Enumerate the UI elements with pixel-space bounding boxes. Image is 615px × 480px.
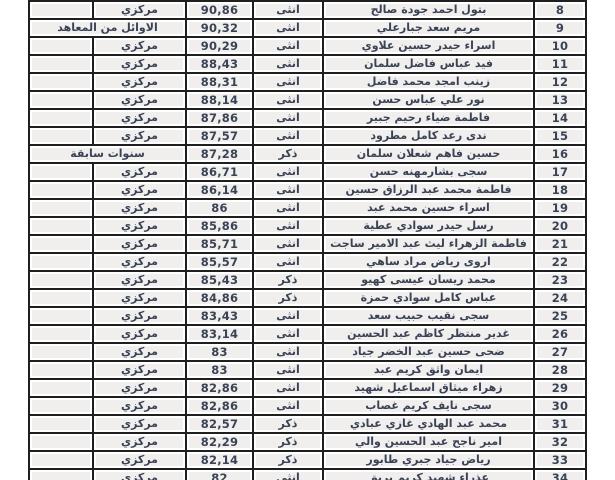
empty-cell [29,379,93,397]
row-number-cell: 23 [534,271,586,289]
student-name-cell: عباس كامل سوادي حمزة [323,289,534,307]
grade-value: 82,57 [201,418,238,431]
empty-cell [29,415,93,433]
grade-value: 83 [211,346,227,359]
table-row: 17 سجى بشارمهنه حسن انثى 86,71 مركزي [29,163,586,181]
row-number-cell: 19 [534,199,586,217]
student-name-cell: اروى رياض مراد ساهي [323,253,534,271]
row-number-cell: 28 [534,361,586,379]
row-number-cell: 30 [534,397,586,415]
table-row: 33 رياض جياد جبري طابور ذكر 82,14 مركزي [29,451,586,469]
empty-cell [29,109,93,127]
grade-cell: 85,57 [186,253,253,271]
row-number-cell: 9 [534,19,586,37]
gender-cell: انثى [253,325,323,343]
empty-cell [29,217,93,235]
student-name-cell: مريم سعد جبارعلي [323,19,534,37]
table-body: 8 بتول احمد جودة صالح انثى 90,86 مركزي 9… [29,1,586,480]
grade-value: 82,86 [201,400,238,413]
grade-value: 87,86 [201,112,238,125]
admission-type-cell: مركزي [93,307,186,325]
gender-cell: انثى [253,235,323,253]
grade-value: 82,29 [201,436,238,449]
admission-type-cell: سنوات سابقة [29,145,186,163]
grade-value: 85,86 [201,220,238,233]
grade-cell: 83 [186,361,253,379]
student-name-cell: نور علي عباس حسن [323,91,534,109]
student-name-cell: بتول احمد جودة صالح [323,1,534,19]
grade-cell: 86,14 [186,181,253,199]
row-number-cell: 14 [534,109,586,127]
grade-cell: 82,86 [186,397,253,415]
empty-cell [29,469,93,480]
grade-cell: 83,14 [186,325,253,343]
gender-cell: انثى [253,73,323,91]
admission-type-cell: مركزي [93,37,186,55]
row-number-cell: 34 [534,469,586,480]
grade-cell: 87,57 [186,127,253,145]
row-number-cell: 16 [534,145,586,163]
row-number-cell: 12 [534,73,586,91]
row-number-cell: 27 [534,343,586,361]
student-name-cell: امير ناجح عبد الحسين والي [323,433,534,451]
row-number-cell: 21 [534,235,586,253]
grade-cell: 82 [186,469,253,480]
table-row: 26 غدير منتظر كاظم عبد الحسين انثى 83,14… [29,325,586,343]
table-row: 12 زينب امجد محمد فاضل انثى 88,31 مركزي [29,73,586,91]
admission-type-cell: مركزي [93,1,186,19]
empty-cell [29,343,93,361]
table-row: 19 اسراء حسين محمد عبد انثى 86 مركزي [29,199,586,217]
empty-cell [29,361,93,379]
row-number-cell: 8 [534,1,586,19]
grade-value: 90,29 [201,40,238,53]
admission-type-cell: مركزي [93,253,186,271]
row-number-cell: 20 [534,217,586,235]
gender-cell: انثى [253,55,323,73]
grade-cell: 90,29 [186,37,253,55]
admission-type-cell: مركزي [93,217,186,235]
grade-value: 83,43 [201,310,238,323]
admission-type-cell: مركزي [93,469,186,480]
table-row: 25 سجى نقيب حبيب سعد انثى 83,43 مركزي [29,307,586,325]
gender-cell: انثى [253,163,323,181]
admission-type-cell: مركزي [93,361,186,379]
table-row: 24 عباس كامل سوادي حمزة ذكر 84,86 مركزي [29,289,586,307]
admission-type-cell: مركزي [93,451,186,469]
grade-cell: 88,14 [186,91,253,109]
empty-cell [29,55,93,73]
student-name-cell: ضحى حسين عبد الخضر جياد [323,343,534,361]
grade-cell: 82,29 [186,433,253,451]
admission-type-cell: مركزي [93,199,186,217]
empty-cell [29,1,93,19]
table-row: 15 ندى رعد كامل مطرود انثى 87,57 مركزي [29,127,586,145]
empty-cell [29,181,93,199]
gender-cell: انثى [253,379,323,397]
admission-type-cell: مركزي [93,181,186,199]
gender-cell: انثى [253,109,323,127]
grade-cell: 90,86 [186,1,253,19]
grade-cell: 87,28 [186,145,253,163]
grade-value: 85,43 [201,274,238,287]
empty-cell [29,199,93,217]
gender-cell: انثى [253,469,323,480]
student-name-cell: ايمان واثق كريم عبد [323,361,534,379]
empty-cell [29,73,93,91]
admission-type-cell: الاوائل من المعاهد [29,19,186,37]
grade-value: 90,86 [201,4,238,17]
grade-cell: 86,71 [186,163,253,181]
grade-cell: 85,86 [186,217,253,235]
student-name-cell: رياض جياد جبري طابور [323,451,534,469]
admission-type-cell: مركزي [93,415,186,433]
empty-cell [29,451,93,469]
empty-cell [29,433,93,451]
grade-value: 86,14 [201,184,238,197]
table-row: 13 نور علي عباس حسن انثى 88,14 مركزي [29,91,586,109]
row-number-cell: 29 [534,379,586,397]
student-name-cell: زهراء ميثاق اسماعيل شهيد [323,379,534,397]
grade-value: 88,31 [201,76,238,89]
grade-cell: 88,43 [186,55,253,73]
grade-value: 83,14 [201,328,238,341]
admission-type-cell: مركزي [93,325,186,343]
student-name-cell: محمد ريسان عيسى كهيو [323,271,534,289]
empty-cell [29,91,93,109]
grade-cell: 82,86 [186,379,253,397]
grade-value: 84,86 [201,292,238,305]
gender-cell: انثى [253,307,323,325]
student-name-cell: سجى نقيب حبيب سعد [323,307,534,325]
grade-cell: 87,86 [186,109,253,127]
gender-cell: انثى [253,37,323,55]
admission-type-cell: مركزي [93,289,186,307]
grade-cell: 84,86 [186,289,253,307]
table-row: 20 رسل حيدر سوادي عطية انثى 85,86 مركزي [29,217,586,235]
empty-cell [29,253,93,271]
grade-value: 82,14 [201,454,238,467]
empty-cell [29,307,93,325]
grade-value: 87,28 [201,148,238,161]
gender-cell: انثى [253,1,323,19]
admission-type-cell: مركزي [93,433,186,451]
grade-value: 87,57 [201,130,238,143]
admission-type-cell: مركزي [93,163,186,181]
admission-type-cell: مركزي [93,343,186,361]
table-row: 32 امير ناجح عبد الحسين والي ذكر 82,29 م… [29,433,586,451]
gender-cell: انثى [253,361,323,379]
grade-value: 82 [211,472,227,480]
table-row: 28 ايمان واثق كريم عبد انثى 83 مركزي [29,361,586,379]
student-name-cell: فاطمة الزهراء ليث عبد الامير ساجت [323,235,534,253]
empty-cell [29,325,93,343]
grade-value: 82,86 [201,382,238,395]
gender-cell: انثى [253,127,323,145]
student-name-cell: سجى بشارمهنه حسن [323,163,534,181]
gender-cell: انثى [253,397,323,415]
table-row: 27 ضحى حسين عبد الخضر جياد انثى 83 مركزي [29,343,586,361]
student-name-cell: حسين فاهم شعلان سلمان [323,145,534,163]
admission-type-cell: مركزي [93,73,186,91]
student-name-cell: فاطمة محمد عبد الرزاق حسين [323,181,534,199]
student-name-cell: رسل حيدر سوادي عطية [323,217,534,235]
empty-cell [29,397,93,415]
admission-type-cell: مركزي [93,397,186,415]
row-number-cell: 26 [534,325,586,343]
row-number-cell: 32 [534,433,586,451]
results-table: 8 بتول احمد جودة صالح انثى 90,86 مركزي 9… [28,0,587,480]
table-row: 30 سجى نايف كريم غصاب انثى 82,86 مركزي [29,397,586,415]
student-name-cell: اسراء حيدر حسين علاوي [323,37,534,55]
empty-cell [29,271,93,289]
row-number-cell: 17 [534,163,586,181]
gender-cell: انثى [253,199,323,217]
gender-cell: انثى [253,217,323,235]
table-row: 18 فاطمة محمد عبد الرزاق حسين انثى 86,14… [29,181,586,199]
row-number-cell: 24 [534,289,586,307]
grade-cell: 86 [186,199,253,217]
grade-cell: 90,32 [186,19,253,37]
row-number-cell: 10 [534,37,586,55]
grade-value: 85,71 [201,238,238,251]
table-row: 10 اسراء حيدر حسين علاوي انثى 90,29 مركز… [29,37,586,55]
gender-cell: انثى [253,343,323,361]
table-row: 11 فيد عباس فاضل سلمان انثى 88,43 مركزي [29,55,586,73]
table-row: 21 فاطمة الزهراء ليث عبد الامير ساجت انث… [29,235,586,253]
grade-cell: 85,43 [186,271,253,289]
table-row: 14 فاطمة ضياء رحيم جبير انثى 87,86 مركزي [29,109,586,127]
grade-value: 90,32 [201,22,238,35]
grade-cell: 85,71 [186,235,253,253]
student-name-cell: محمد عبد الهادي غازي عبادي [323,415,534,433]
grade-value: 86,71 [201,166,238,179]
results-page: 8 بتول احمد جودة صالح انثى 90,86 مركزي 9… [0,0,615,480]
empty-cell [29,235,93,253]
table-row: 9 مريم سعد جبارعلي انثى 90,32 الاوائل من… [29,19,586,37]
admission-type-cell: مركزي [93,379,186,397]
row-number-cell: 11 [534,55,586,73]
student-name-cell: فاطمة ضياء رحيم جبير [323,109,534,127]
grade-cell: 83 [186,343,253,361]
grade-cell: 82,57 [186,415,253,433]
gender-cell: ذكر [253,451,323,469]
gender-cell: انثى [253,253,323,271]
table-row: 31 محمد عبد الهادي غازي عبادي ذكر 82,57 … [29,415,586,433]
grade-value: 88,43 [201,58,238,71]
table-row: 8 بتول احمد جودة صالح انثى 90,86 مركزي [29,1,586,19]
grade-cell: 82,14 [186,451,253,469]
admission-type-cell: مركزي [93,91,186,109]
table-row: 34 عذراء شهيد كريم بريق انثى 82 مركزي [29,469,586,480]
student-name-cell: سجى نايف كريم غصاب [323,397,534,415]
admission-type-cell: مركزي [93,55,186,73]
admission-type-cell: مركزي [93,127,186,145]
row-number-cell: 22 [534,253,586,271]
empty-cell [29,37,93,55]
gender-cell: انثى [253,181,323,199]
student-name-cell: غدير منتظر كاظم عبد الحسين [323,325,534,343]
empty-cell [29,289,93,307]
table-row: 22 اروى رياض مراد ساهي انثى 85,57 مركزي [29,253,586,271]
grade-value: 83 [211,364,227,377]
row-number-cell: 31 [534,415,586,433]
student-name-cell: عذراء شهيد كريم بريق [323,469,534,480]
grade-cell: 83,43 [186,307,253,325]
admission-type-cell: مركزي [93,235,186,253]
student-name-cell: زينب امجد محمد فاضل [323,73,534,91]
student-name-cell: فيد عباس فاضل سلمان [323,55,534,73]
gender-cell: ذكر [253,415,323,433]
row-number-cell: 33 [534,451,586,469]
student-name-cell: ندى رعد كامل مطرود [323,127,534,145]
gender-cell: ذكر [253,145,323,163]
student-name-cell: اسراء حسين محمد عبد [323,199,534,217]
row-number-cell: 18 [534,181,586,199]
gender-cell: ذكر [253,271,323,289]
gender-cell: ذكر [253,289,323,307]
grade-value: 88,14 [201,94,238,107]
row-number-cell: 13 [534,91,586,109]
empty-cell [29,163,93,181]
empty-cell [29,127,93,145]
table-row: 16 حسين فاهم شعلان سلمان ذكر 87,28 سنوات… [29,145,586,163]
gender-cell: انثى [253,19,323,37]
table-row: 29 زهراء ميثاق اسماعيل شهيد انثى 82,86 م… [29,379,586,397]
grade-value: 86 [211,202,227,215]
row-number-cell: 15 [534,127,586,145]
admission-type-cell: مركزي [93,271,186,289]
gender-cell: انثى [253,91,323,109]
admission-type-cell: مركزي [93,109,186,127]
table-row: 23 محمد ريسان عيسى كهيو ذكر 85,43 مركزي [29,271,586,289]
gender-cell: ذكر [253,433,323,451]
row-number-cell: 25 [534,307,586,325]
grade-cell: 88,31 [186,73,253,91]
grade-value: 85,57 [201,256,238,269]
